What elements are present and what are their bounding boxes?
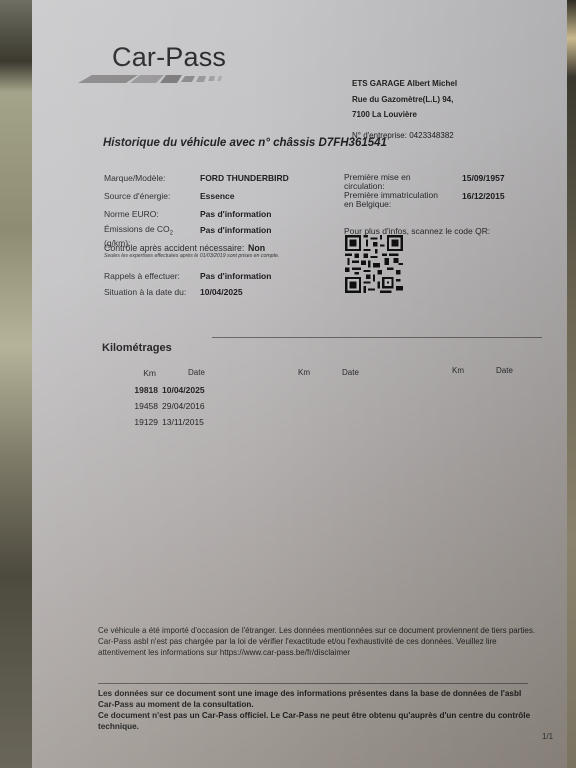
date-header-1: Date <box>188 368 205 377</box>
date-header-2: Date <box>342 368 359 377</box>
page-number: 1/1 <box>542 732 553 741</box>
mileage-row-2-date: 29/04/2016 <box>162 401 205 411</box>
recalls-label: Rappels à effectuer: <box>104 271 180 281</box>
mileage-section-title: Kilométrages <box>102 342 172 354</box>
section-divider <box>212 337 542 338</box>
import-disclaimer: Ce véhicule a été importé d'occasion de … <box>98 625 538 658</box>
footer-divider <box>98 683 528 684</box>
footer-disclaimer: Les données sur ce document sont une ima… <box>98 688 538 732</box>
euro-norm-value: Pas d'information <box>200 209 271 219</box>
car-pass-logo-stripes-icon <box>78 73 228 83</box>
belgian-registration-label: Première immatriculation en Belgique: <box>344 191 444 209</box>
garage-street: Rue du Gazomètre(L.L) 94, <box>352 92 457 108</box>
belgian-registration-value: 16/12/2015 <box>462 191 505 201</box>
make-model-label: Marque/Modèle: <box>104 173 165 183</box>
energy-source-value: Essence <box>200 191 235 201</box>
footer-disclaimer-line-1: Les données sur ce document sont une ima… <box>98 688 538 710</box>
km-header-1: Km <box>116 368 156 378</box>
accident-check-note: Seules les expertises effectuées après l… <box>104 253 279 259</box>
recalls-value: Pas d'information <box>200 271 271 281</box>
euro-norm-label: Norme EURO: <box>104 209 159 219</box>
photo-background-left <box>0 0 34 768</box>
qr-code-icon[interactable] <box>345 234 403 294</box>
accident-check-label: Contrôle après accident nécessaire: <box>104 243 244 253</box>
mileage-row-3-km: 19129 <box>118 417 158 427</box>
garage-address: ETS GARAGE Albert Michel Rue du Gazomètr… <box>352 76 457 143</box>
km-header-2: Km <box>298 368 310 377</box>
mileage-row-2-km: 19458 <box>118 401 158 411</box>
km-header-3: Km <box>452 366 464 375</box>
garage-name: ETS GARAGE Albert Michel <box>352 76 457 92</box>
car-pass-logo-text: Car-Pass <box>112 42 226 73</box>
garage-city: 7100 La Louvière <box>352 107 457 123</box>
co2-emissions-value: Pas d'information <box>200 225 271 235</box>
mileage-row-1-km: 19818 <box>118 385 158 395</box>
mileage-row-3-date: 13/11/2015 <box>162 417 204 427</box>
energy-source-label: Source d'énergie: <box>104 191 170 201</box>
first-registration-value: 15/09/1957 <box>462 173 505 183</box>
date-header-3: Date <box>496 366 513 375</box>
first-registration-label: Première mise en circulation: <box>344 173 424 191</box>
document-title: Historique du véhicule avec n° châssis D… <box>103 137 387 149</box>
situation-date-value: 10/04/2025 <box>200 287 243 297</box>
enterprise-number: 0423348382 <box>409 131 454 140</box>
situation-date-label: Situation à la date du: <box>104 287 186 297</box>
footer-disclaimer-line-2: Ce document n'est pas un Car-Pass offici… <box>98 710 538 732</box>
mileage-row-1-date: 10/04/2025 <box>162 385 205 395</box>
accident-check-value: Non <box>248 243 265 253</box>
make-model-value: FORD THUNDERBIRD <box>200 173 289 183</box>
document-page: Car-Pass ETS GARAGE Albert Michel Rue du… <box>32 0 567 768</box>
